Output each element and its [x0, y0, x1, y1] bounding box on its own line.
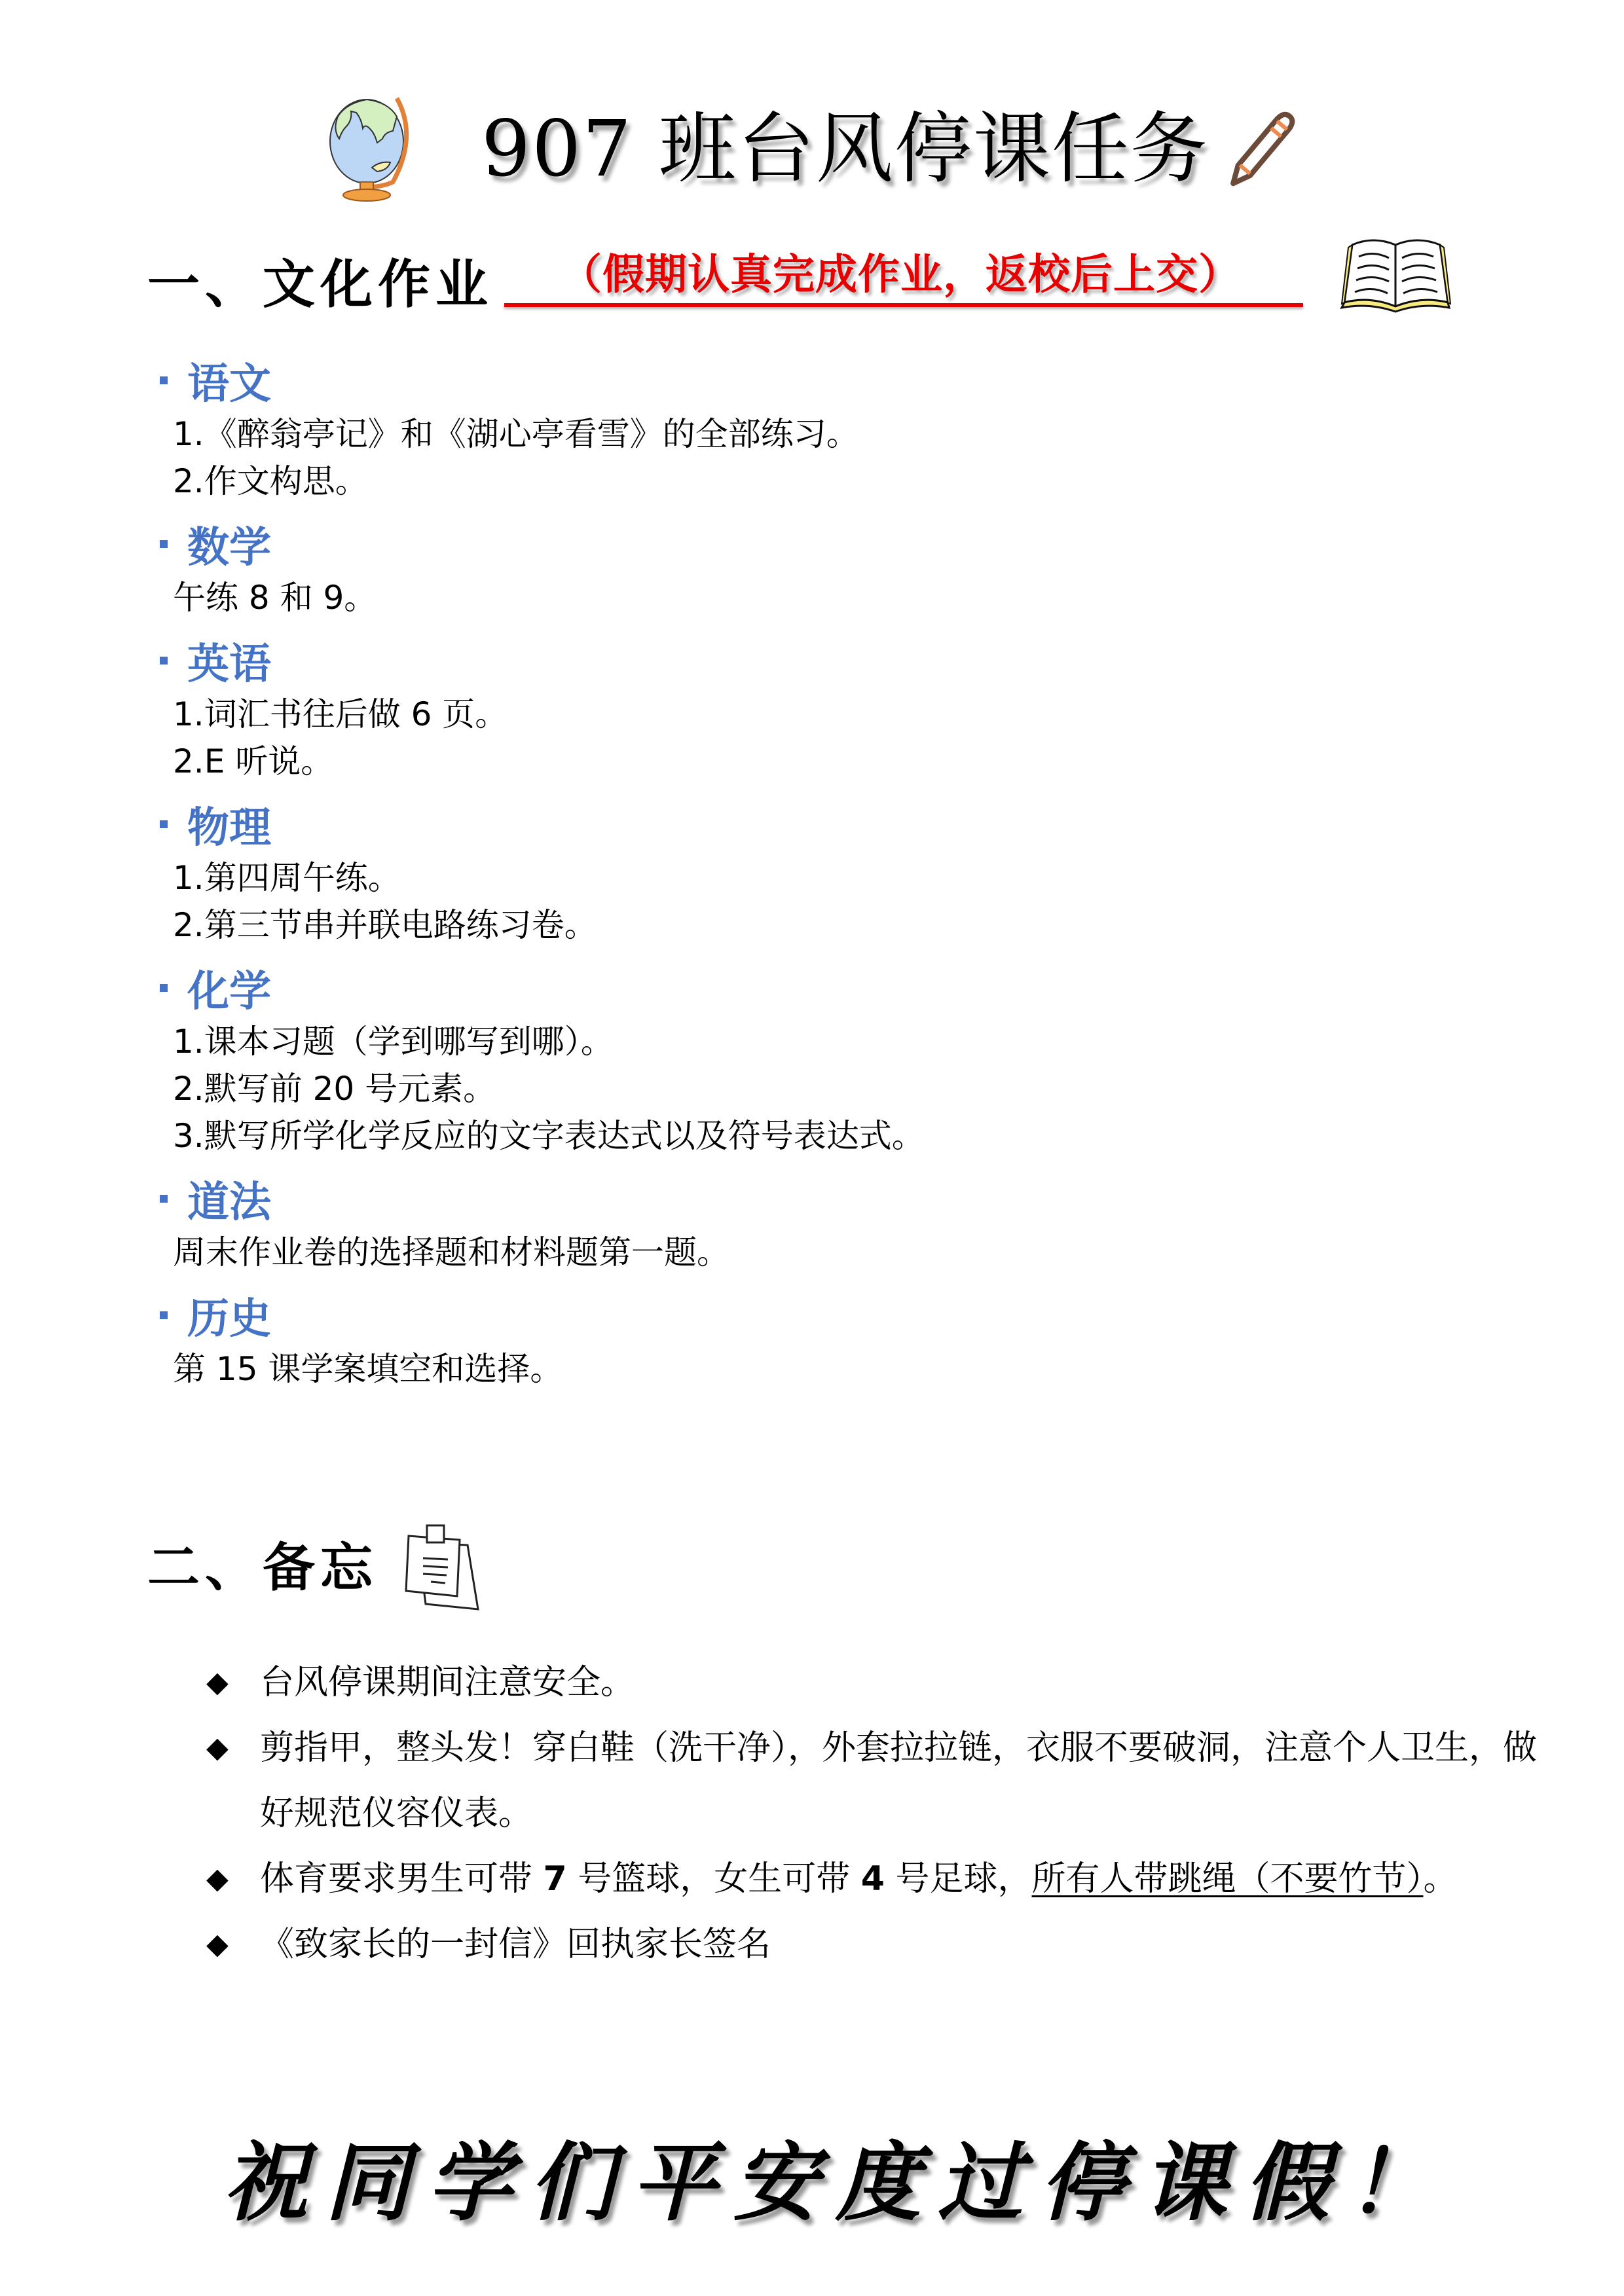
subject-title: 道法 — [187, 1169, 271, 1229]
subject-math: 数学 午练 8 和 9。 — [157, 514, 1401, 621]
diamond-bullet-icon: ◆ — [206, 1846, 260, 1912]
subject-title: 化学 — [187, 958, 271, 1018]
diamond-bullet-icon: ◆ — [206, 1650, 260, 1715]
football-size: 4 — [861, 1859, 885, 1899]
bullet-square-icon — [160, 1195, 168, 1203]
subject-title: 历史 — [187, 1285, 271, 1345]
subject-morality-law: 道法 周末作业卷的选择题和材料题第一题。 — [157, 1169, 1401, 1276]
diamond-bullet-icon: ◆ — [206, 1912, 260, 1977]
subject-chemistry: 化学 1.课本习题（学到哪写到哪）。 2.默写前 20 号元素。 3.默写所学化… — [157, 958, 1401, 1159]
memo-list: ◆ 台风停课期间注意安全。 ◆ 剪指甲，整头发！穿白鞋（洗干净），外套拉拉链，衣… — [206, 1650, 1555, 1977]
task-item: 周末作业卷的选择题和材料题第一题。 — [157, 1229, 1401, 1276]
diamond-bullet-icon: ◆ — [206, 1715, 260, 1781]
task-item: 2.作文构思。 — [157, 458, 1401, 505]
subject-list: 语文 1.《醉翁亭记》和《湖心亭看雪》的全部练习。 2.作文构思。 数学 午练 … — [157, 350, 1401, 1402]
memo-text: 《致家长的一封信》回执家长签名 — [260, 1912, 1555, 1977]
memo-item: ◆ 体育要求男生可带 7 号篮球，女生可带 4 号足球，所有人带跳绳（不要竹节）… — [206, 1846, 1555, 1912]
jump-rope-requirement: 所有人带跳绳（不要竹节） — [1032, 1859, 1424, 1899]
bullet-square-icon — [160, 540, 168, 548]
globe-icon — [320, 90, 418, 202]
task-item: 2.E 听说。 — [157, 738, 1401, 785]
task-item: 2.第三节串并联电路练习卷。 — [157, 902, 1401, 949]
task-item: 1.《醉翁亭记》和《湖心亭看雪》的全部练习。 — [157, 410, 1401, 458]
bullet-square-icon — [160, 1311, 168, 1319]
task-item: 1.词汇书往后做 6 页。 — [157, 691, 1401, 738]
section-note-underline — [504, 303, 1303, 307]
subject-title: 语文 — [187, 350, 271, 410]
bullet-square-icon — [160, 984, 168, 992]
subject-title: 数学 — [187, 514, 271, 574]
memo-item: ◆ 台风停课期间注意安全。 — [206, 1650, 1555, 1715]
memo-item: ◆ 《致家长的一封信》回执家长签名 — [206, 1912, 1555, 1977]
bullet-square-icon — [160, 820, 168, 828]
subject-chinese: 语文 1.《醉翁亭记》和《湖心亭看雪》的全部练习。 2.作文构思。 — [157, 350, 1401, 505]
memo-note-icon — [398, 1518, 483, 1616]
memo-text: 剪指甲，整头发！穿白鞋（洗干净），外套拉拉链，衣服不要破洞，注意个人卫生，做好规… — [260, 1715, 1555, 1846]
memo-item: ◆ 剪指甲，整头发！穿白鞋（洗干净），外套拉拉链，衣服不要破洞，注意个人卫生，做… — [206, 1715, 1555, 1846]
section-heading-memo: 二、备忘 — [147, 1525, 378, 1601]
subject-physics: 物理 1.第四周午练。 2.第三节串并联电路练习卷。 — [157, 794, 1401, 949]
task-item: 3.默写所学化学反应的文字表达式以及符号表达式。 — [157, 1112, 1401, 1159]
subject-english: 英语 1.词汇书往后做 6 页。 2.E 听说。 — [157, 630, 1401, 785]
subject-title: 英语 — [187, 630, 271, 691]
basketball-size: 7 — [544, 1859, 567, 1899]
subject-history: 历史 第 15 课学案填空和选择。 — [157, 1285, 1401, 1393]
page-title: 907 班台风停课任务 — [481, 100, 1209, 198]
task-item: 第 15 课学案填空和选择。 — [157, 1345, 1401, 1393]
pencil-icon — [1219, 98, 1311, 193]
bullet-square-icon — [160, 657, 168, 665]
task-item: 1.第四周午练。 — [157, 854, 1401, 902]
memo-text-pe: 体育要求男生可带 7 号篮球，女生可带 4 号足球，所有人带跳绳（不要竹节）。 — [260, 1846, 1555, 1912]
task-item: 午练 8 和 9。 — [157, 574, 1401, 621]
task-item: 1.课本习题（学到哪写到哪）。 — [157, 1018, 1401, 1065]
section-heading-homework: 一、文化作业 — [147, 242, 493, 318]
task-item: 2.默写前 20 号元素。 — [157, 1065, 1401, 1112]
footer-blessing: 祝同学们平安度过停课假！ — [223, 2115, 1401, 2237]
bullet-square-icon — [160, 376, 168, 384]
section-note-submit: （假期认真完成作业，返校后上交） — [504, 247, 1297, 302]
memo-text: 台风停课期间注意安全。 — [260, 1650, 1555, 1715]
subject-title: 物理 — [187, 794, 271, 854]
open-book-icon — [1333, 230, 1457, 316]
